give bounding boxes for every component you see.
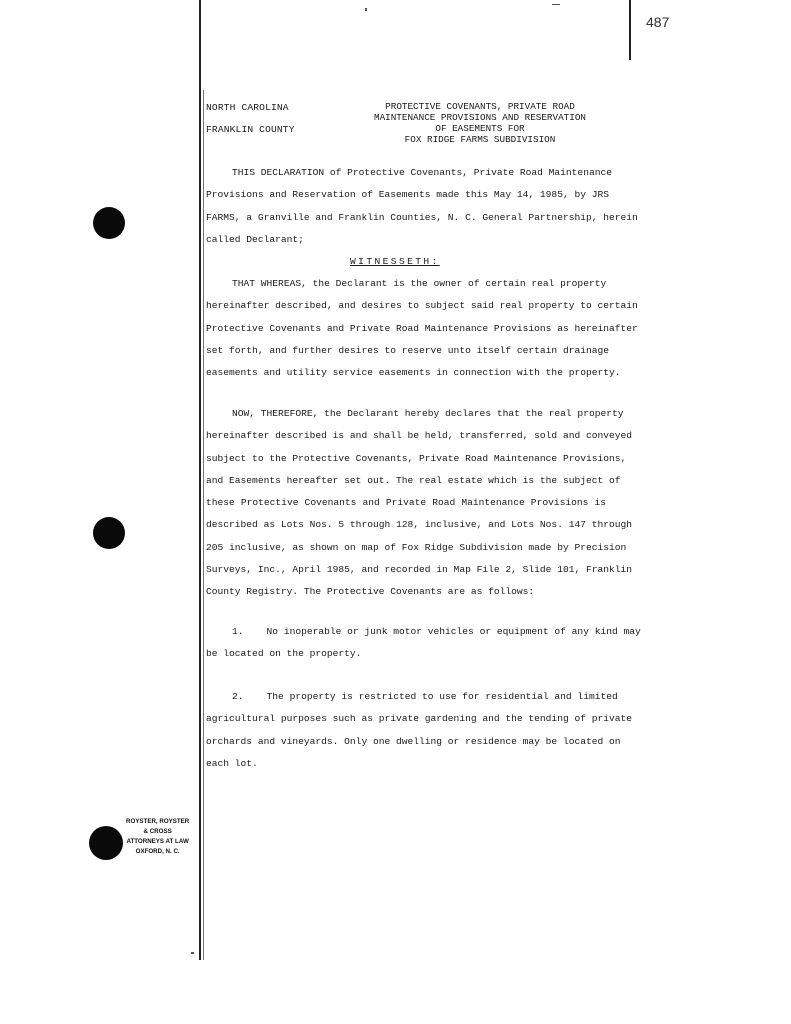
text-line: called Declarant;: [206, 229, 606, 251]
punch-hole-middle: [93, 517, 125, 549]
left-margin-rule: [199, 0, 201, 960]
attorney-stamp: ROYSTER, ROYSTER & CROSS ATTORNEYS AT LA…: [126, 817, 189, 857]
right-margin-rule: [629, 0, 631, 60]
covenant-text: No inoperable or junk motor vehicles or …: [267, 626, 641, 637]
text-line: 2. The property is restricted to use for…: [206, 686, 606, 708]
text-line: described as Lots Nos. 5 through 128, in…: [206, 514, 606, 536]
left-margin-rule-inner: [203, 90, 204, 960]
county-heading: FRANKLIN COUNTY: [206, 124, 295, 135]
intro-paragraph: THIS DECLARATION of Protective Covenants…: [206, 162, 606, 251]
title-line: FOX RIDGE FARMS SUBDIVISION: [330, 134, 630, 145]
text-line: agricultural purposes such as private ga…: [206, 708, 606, 730]
text-line: each lot.: [206, 753, 606, 775]
stamp-line: & CROSS: [126, 827, 189, 837]
covenant-item-1: 1. No inoperable or junk motor vehicles …: [206, 621, 606, 666]
stamp-line: ROYSTER, ROYSTER: [126, 817, 189, 827]
page-number: 487: [646, 14, 669, 30]
stamp-line: OXFORD, N. C.: [126, 847, 189, 857]
covenant-text: The property is restricted to use for re…: [267, 691, 618, 702]
text-line: NOW, THEREFORE, the Declarant hereby dec…: [206, 403, 606, 425]
text-line: Protective Covenants and Private Road Ma…: [206, 318, 606, 340]
stamp-line: ATTORNEYS AT LAW: [126, 837, 189, 847]
title-line: PROTECTIVE COVENANTS, PRIVATE ROAD: [330, 101, 630, 112]
therefore-paragraph: NOW, THEREFORE, the Declarant hereby dec…: [206, 403, 606, 604]
document-title: PROTECTIVE COVENANTS, PRIVATE ROAD MAINT…: [330, 101, 630, 145]
title-line: MAINTENANCE PROVISIONS AND RESERVATION: [330, 112, 630, 123]
scan-speck: [552, 4, 560, 5]
text-line: and Easements hereafter set out. The rea…: [206, 470, 606, 492]
covenant-item-2: 2. The property is restricted to use for…: [206, 686, 606, 775]
text-line: 205 inclusive, as shown on map of Fox Ri…: [206, 537, 606, 559]
text-line: hereinafter described, and desires to su…: [206, 295, 606, 317]
text-line: Surveys, Inc., April 1985, and recorded …: [206, 559, 606, 581]
text-line: these Protective Covenants and Private R…: [206, 492, 606, 514]
text-line: County Registry. The Protective Covenant…: [206, 581, 606, 603]
scan-speck: [191, 952, 194, 954]
text-line: hereinafter described is and shall be he…: [206, 425, 606, 447]
whereas-paragraph: THAT WHEREAS, the Declarant is the owner…: [206, 273, 606, 384]
title-line: OF EASEMENTS FOR: [330, 123, 630, 134]
state-heading: NORTH CAROLINA: [206, 102, 289, 113]
witnesseth-heading: WITNESSETH:: [350, 256, 440, 267]
punch-hole-bottom: [89, 826, 123, 860]
text-line: easements and utility service easements …: [206, 362, 606, 384]
text-line: set forth, and further desires to reserv…: [206, 340, 606, 362]
text-line: Provisions and Reservation of Easements …: [206, 184, 606, 206]
covenant-number: 1.: [232, 626, 244, 637]
covenant-number: 2.: [232, 691, 244, 702]
text-line: 1. No inoperable or junk motor vehicles …: [206, 621, 606, 643]
text-line: THAT WHEREAS, the Declarant is the owner…: [206, 273, 606, 295]
text-line: subject to the Protective Covenants, Pri…: [206, 448, 606, 470]
text-line: orchards and vineyards. Only one dwellin…: [206, 731, 606, 753]
text-line: FARMS, a Granville and Franklin Counties…: [206, 207, 606, 229]
text-line: be located on the property.: [206, 643, 606, 665]
text-line: THIS DECLARATION of Protective Covenants…: [206, 162, 606, 184]
punch-hole-top: [93, 207, 125, 239]
scan-speck: [365, 8, 367, 11]
